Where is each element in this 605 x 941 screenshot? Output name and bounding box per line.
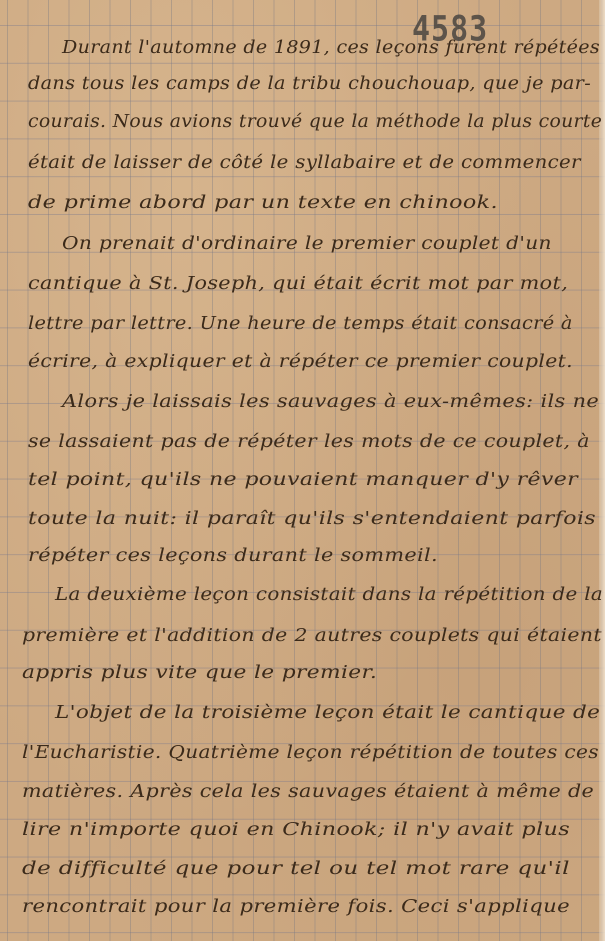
manuscript-page: 4583 Durant l'automne de 1891, ces leçon… bbox=[0, 0, 605, 941]
paper-edge bbox=[599, 0, 605, 941]
text-line: tel point, qu'ils ne pouvaient manquer d… bbox=[28, 470, 578, 490]
text-line: dans tous les camps de la tribu chouchou… bbox=[28, 74, 591, 94]
text-line: se lassaient pas de répéter les mots de … bbox=[28, 432, 590, 452]
text-line: de difficulté que pour tel ou tel mot ra… bbox=[22, 859, 570, 879]
text-line: La deuxième leçon consistait dans la rép… bbox=[55, 585, 603, 605]
text-line: l'Eucharistie. Quatrième leçon répétitio… bbox=[22, 743, 599, 763]
text-line: cantique à St. Joseph, qui était écrit m… bbox=[28, 274, 568, 294]
text-line: lettre par lettre. Une heure de temps ét… bbox=[28, 314, 573, 334]
text-line: On prenait d'ordinaire le premier couple… bbox=[62, 234, 552, 254]
text-line: courais. Nous avions trouvé que la métho… bbox=[28, 112, 602, 132]
text-line: L'objet de la troisième leçon était le c… bbox=[55, 703, 600, 723]
text-line: répéter ces leçons durant le sommeil. bbox=[28, 546, 438, 566]
text-line: matières. Après cela les sauvages étaien… bbox=[22, 782, 594, 802]
text-line: Durant l'automne de 1891, ces leçons fur… bbox=[62, 38, 600, 58]
text-line: était de laisser de côté le syllabaire e… bbox=[28, 153, 581, 173]
text-line: de prime abord par un texte en chinook. bbox=[28, 193, 498, 213]
text-line: Alors je laissais les sauvages à eux-mêm… bbox=[62, 392, 599, 412]
text-line: lire n'importe quoi en Chinook; il n'y a… bbox=[22, 820, 570, 840]
text-line: rencontrait pour la première fois. Ceci … bbox=[22, 897, 570, 917]
text-line: écrire, à expliquer et à répéter ce prem… bbox=[28, 352, 573, 372]
text-line: première et l'addition de 2 autres coupl… bbox=[22, 626, 602, 646]
text-line: toute la nuit: il paraît qu'ils s'entend… bbox=[28, 509, 596, 529]
text-line: appris plus vite que le premier. bbox=[22, 663, 377, 683]
